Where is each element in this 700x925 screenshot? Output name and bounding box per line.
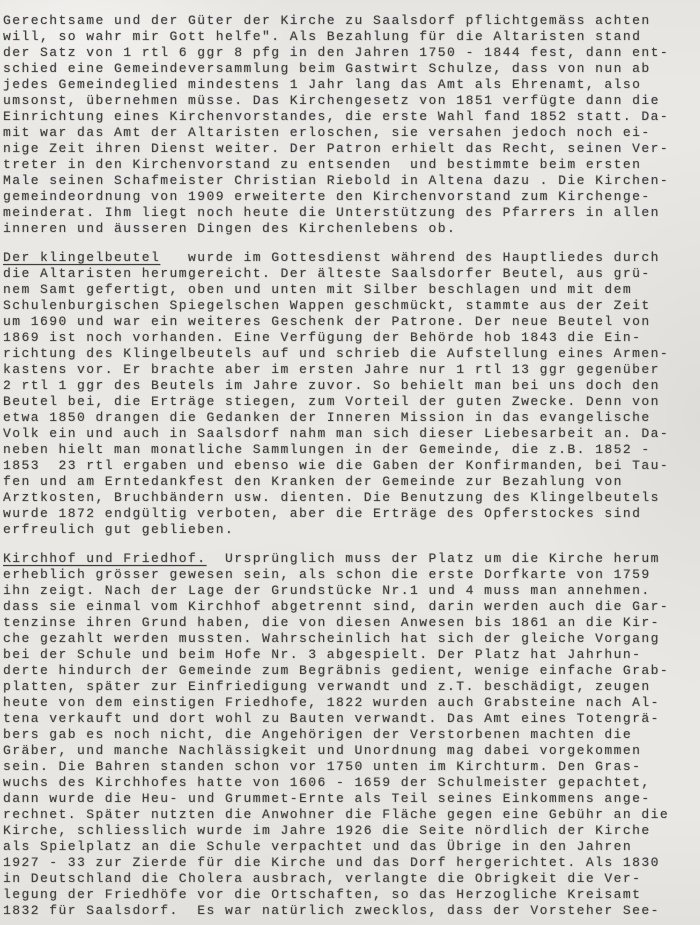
text-line: Einrichtung eines Kirchenvorstandes, die… (3, 109, 696, 125)
text-line: erheblich grösser gewesen sein, als scho… (3, 567, 696, 583)
text-line: als Spielplatz an die Schule verpachtet … (3, 839, 696, 855)
document-page: Gerechtsame und der Güter der Kirche zu … (0, 0, 700, 925)
paragraph-klingelbeutel: Der klingelbeutel wurde im Gottesdienst … (3, 250, 696, 538)
text-line: ihn zeigt. Nach der Lage der Grundstücke… (3, 583, 696, 599)
text-line: kastens vor. Er brachte aber im ersten J… (3, 362, 696, 378)
text-line: inneren und äusseren Dingen des Kirchenl… (3, 221, 696, 237)
text-line: die Altaristen herumgereicht. Der ältest… (3, 266, 696, 282)
text-line: wuchs des Kirchhofes hatte von 1606 - 16… (3, 775, 696, 791)
text-line: mit war das Amt der Altaristen erloschen… (3, 125, 696, 141)
text-line: 1853 23 rtl ergaben und ebenso wie die G… (3, 458, 696, 474)
text-line: Beutel bei, die Erträge stiegen, zum Vor… (3, 394, 696, 410)
paragraph-kirchhof-friedhof: Kirchhof und Friedhof. Ursprünglich muss… (3, 551, 696, 919)
text-line: tena verkauft und dort wohl zu Bauten ve… (3, 711, 696, 727)
text-line: neben hielt man monatliche Sammlungen in… (3, 442, 696, 458)
text-line: dass sie einmal vom Kirchhof abgetrennt … (3, 599, 696, 615)
text-line: tenzinse ihren Grund haben, die von dies… (3, 615, 696, 631)
text-line: jedes Gemeindeglied mindestens 1 Jahr la… (3, 77, 696, 93)
text-line: treter in den Kirchenvorstand zu entsend… (3, 157, 696, 173)
text-line: will, so wahr mir Gott helfe". Als Bezah… (3, 29, 696, 45)
text-line: legung der Friedhöfe vor die Ortschaften… (3, 887, 696, 903)
text-line: 2 rtl 1 ggr des Beutels im Jahre zuvor. … (3, 378, 696, 394)
text-line: heute von dem einstigen Friedhofe, 1822 … (3, 695, 696, 711)
section-heading-klingelbeutel: Der klingelbeutel (3, 250, 160, 265)
text-line: 1869 ist noch vorhanden. Eine Verfügung … (3, 330, 696, 346)
heading-rest-text: Ursprünglich muss der Platz um die Kirch… (207, 551, 660, 566)
text-line: Gerechtsame und der Güter der Kirche zu … (3, 13, 696, 29)
text-line: Gräber, und manche Nachlässigkeit und Un… (3, 743, 696, 759)
text-line: nige Zeit ihren Dienst weiter. Der Patro… (3, 141, 696, 157)
text-line: Kirche, schliesslich wurde im Jahre 1926… (3, 823, 696, 839)
text-line: bei der Schule und beim Hofe Nr. 3 abges… (3, 647, 696, 663)
text-line: 1927 - 33 zur Zierde für die Kirche und … (3, 855, 696, 871)
text-line: wurde 1872 endgültig verboten, aber die … (3, 506, 696, 522)
paragraph-lines: Gerechtsame und der Güter der Kirche zu … (3, 13, 696, 237)
text-line: rechnet. Später nutzten die Anwohner die… (3, 807, 696, 823)
section-heading-kirchhof-friedhof: Kirchhof und Friedhof. (3, 551, 207, 566)
paragraph-first-line: Kirchhof und Friedhof. Ursprünglich muss… (3, 551, 696, 567)
text-line: etwa 1850 drangen die Gedanken der Inner… (3, 410, 696, 426)
paragraph-lines: die Altaristen herumgereicht. Der ältest… (3, 266, 696, 538)
text-line: platten, später zur Einfriedigung verwan… (3, 679, 696, 695)
text-line: derte hindurch der Gemeinde zum Begräbni… (3, 663, 696, 679)
text-line: che gezahlt werden mussten. Wahrscheinli… (3, 631, 696, 647)
text-line: meinderat. Ihm liegt noch heute die Unte… (3, 205, 696, 221)
text-line: umsonst, übernehmen müsse. Das Kirchenge… (3, 93, 696, 109)
text-line: sein. Die Bahren standen schon vor 1750 … (3, 759, 696, 775)
paragraph-gerechtsame: Gerechtsame und der Güter der Kirche zu … (3, 13, 696, 237)
text-line: Arztkosten, Bruchbändern usw. dienten. D… (3, 490, 696, 506)
text-line: in Deutschland die Cholera ausbrach, ver… (3, 871, 696, 887)
text-line: erfreulich gut geblieben. (3, 522, 696, 538)
text-line: bers gab es noch nicht, die Angehörigen … (3, 727, 696, 743)
text-line: nem Samt gefertigt, oben und unten mit S… (3, 282, 696, 298)
heading-rest-text: wurde im Gottesdienst während des Hauptl… (160, 250, 660, 265)
text-line: 1832 für Saalsdorf. Es war natürlich zwe… (3, 903, 696, 919)
paragraph-lines: erheblich grösser gewesen sein, als scho… (3, 567, 696, 919)
text-line: fen und am Erntedankfest den Kranken der… (3, 474, 696, 490)
text-line: der Satz von 1 rtl 6 ggr 8 pfg in den Ja… (3, 45, 696, 61)
paragraph-first-line: Der klingelbeutel wurde im Gottesdienst … (3, 250, 696, 266)
text-line: gemeindeordnung von 1909 erweiterte den … (3, 189, 696, 205)
text-line: richtung des Klingelbeutels auf und schr… (3, 346, 696, 362)
text-line: Male seinen Schafmeister Christian Riebo… (3, 173, 696, 189)
text-line: Volk ein und auch in Saalsdorf nahm man … (3, 426, 696, 442)
text-line: um 1690 und war ein weiteres Geschenk de… (3, 314, 696, 330)
text-line: dann wurde die Heu- und Grummet-Ernte al… (3, 791, 696, 807)
text-line: Schulenburgischen Spiegelschen Wappen ge… (3, 298, 696, 314)
text-line: schied eine Gemeindeversammlung beim Gas… (3, 61, 696, 77)
